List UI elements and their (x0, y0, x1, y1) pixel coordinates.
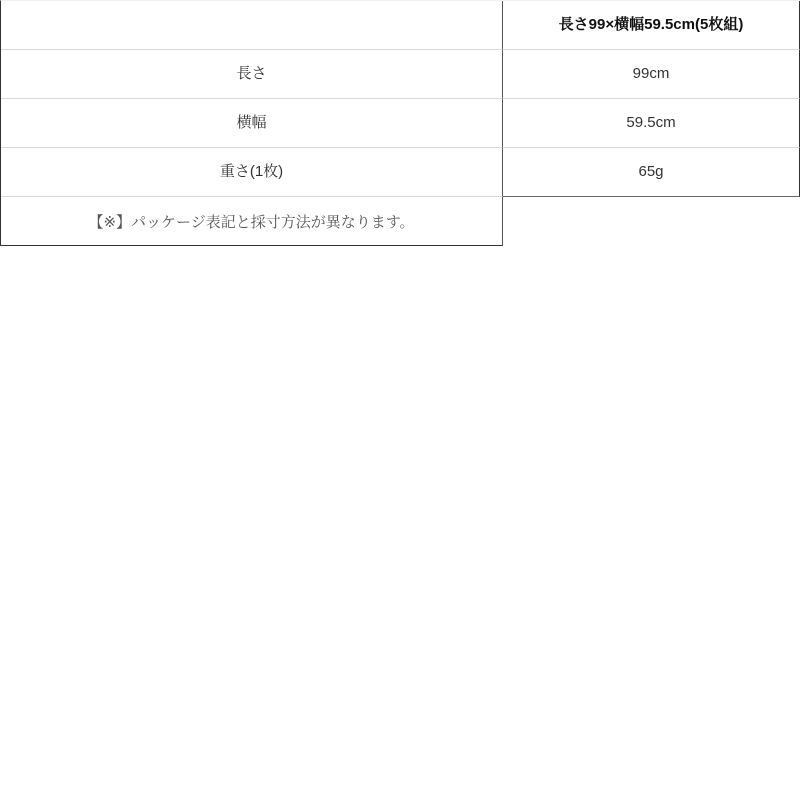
table-row-weight: 重さ(1枚) 65g (1, 148, 800, 197)
spec-value-width: 59.5cm (503, 99, 800, 148)
measurement-note: 【※】パッケージ表記と採寸方法が異なります。 (1, 197, 503, 246)
spec-label-length: 長さ (1, 50, 503, 99)
table-row-length: 長さ 99cm (1, 50, 800, 99)
spec-label-weight: 重さ(1枚) (1, 148, 503, 197)
table-row-width: 横幅 59.5cm (1, 99, 800, 148)
spec-label-width: 横幅 (1, 99, 503, 148)
table-row-note: 【※】パッケージ表記と採寸方法が異なります。 (1, 197, 800, 246)
spec-value-weight: 65g (503, 148, 800, 197)
spec-header-empty-cell (1, 1, 503, 50)
spec-value-length: 99cm (503, 50, 800, 99)
spec-header-title: 長さ99×横幅59.5cm(5枚組) (503, 1, 800, 50)
spec-header-row: 長さ99×横幅59.5cm(5枚組) (1, 1, 800, 50)
product-spec-table: 長さ99×横幅59.5cm(5枚組) 長さ 99cm 横幅 59.5cm 重さ(… (0, 0, 800, 246)
